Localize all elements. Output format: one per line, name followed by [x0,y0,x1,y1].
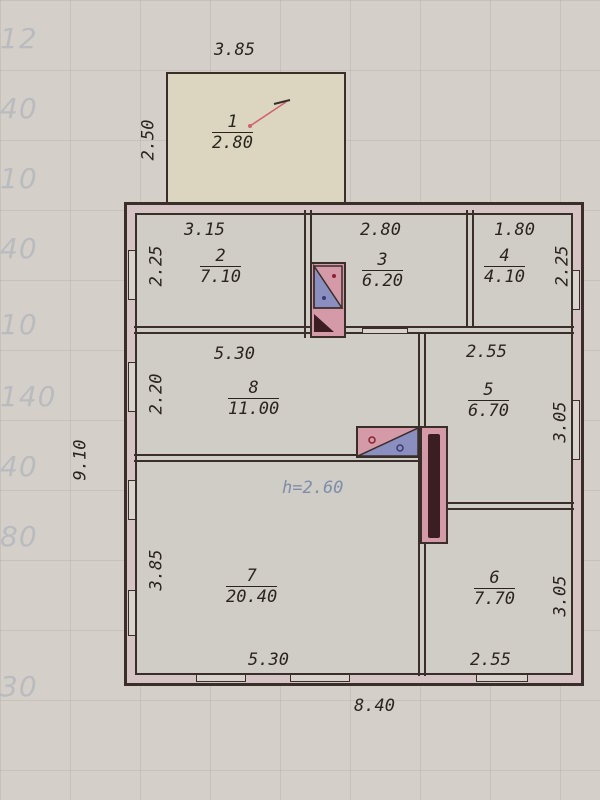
ghost-number: 40 [0,232,38,265]
ceiling-height-note: h=2.60 [282,478,343,498]
ghost-number: 40 [0,450,38,483]
ghost-number: 10 [0,162,38,195]
chimney [428,434,440,538]
outer-width-dimension: 8.40 [354,696,395,716]
room-label-8: 8 11.00 [228,378,279,419]
room-number: 5 [468,380,509,401]
room-7-depth: 3.85 [146,550,166,591]
window [290,674,350,682]
room-number: 4 [484,246,525,267]
window [128,590,136,636]
room-area: 20.40 [226,587,277,607]
room-8-depth: 2.20 [146,374,166,415]
room-number: 8 [228,378,279,399]
room-6-width: 2.55 [470,650,511,670]
stove-icon [358,428,418,456]
room-number: 3 [362,250,403,271]
room-7-width: 5.30 [248,650,289,670]
window [128,480,136,520]
room-label-3: 3 6.20 [362,250,403,291]
room-4-width: 1.80 [494,220,535,240]
room-area: 7.10 [200,267,241,287]
room-area: 7.70 [474,589,515,609]
window [572,270,580,310]
outer-height-dimension: 9.10 [70,440,90,481]
ghost-number: 30 [0,670,38,703]
ghost-number: 40 [0,92,38,125]
interior-wall [426,502,574,510]
room-label-4: 4 4.10 [484,246,525,287]
room-label-7: 7 20.40 [226,566,277,607]
ghost-number: 140 [0,380,56,413]
stove-icon [312,264,344,336]
room-4-depth: 2.25 [552,246,572,287]
porch-room-1 [166,72,346,206]
window [128,362,136,412]
room-area: 2.80 [212,133,253,153]
porch-depth-dimension: 2.50 [138,120,158,161]
room-5-depth: 3.05 [550,402,570,443]
room-2-width: 3.15 [184,220,225,240]
window [362,328,408,334]
interior-wall [134,326,574,334]
room-label-6: 6 7.70 [474,568,515,609]
window [572,400,580,460]
room-5-width: 2.55 [466,342,507,362]
room-2-depth: 2.25 [146,246,166,287]
room-number: 7 [226,566,277,587]
room-area: 4.10 [484,267,525,287]
ghost-number: 12 [0,22,38,55]
room-8-width: 5.30 [214,344,255,364]
ghost-number: 80 [0,520,38,553]
window [476,674,528,682]
room-label-5: 5 6.70 [468,380,509,421]
porch-width-dimension: 3.85 [214,40,255,60]
room-3-width: 2.80 [360,220,401,240]
room-area: 11.00 [228,399,279,419]
window [128,250,136,300]
room-area: 6.70 [468,401,509,421]
ghost-number: 10 [0,308,38,341]
room-label-2: 2 7.10 [200,246,241,287]
interior-wall [466,210,474,328]
room-area: 6.20 [362,271,403,291]
arrow-icon [240,96,296,136]
room-number: 6 [474,568,515,589]
window [196,674,246,682]
room-number: 2 [200,246,241,267]
room-6-depth: 3.05 [550,576,570,617]
